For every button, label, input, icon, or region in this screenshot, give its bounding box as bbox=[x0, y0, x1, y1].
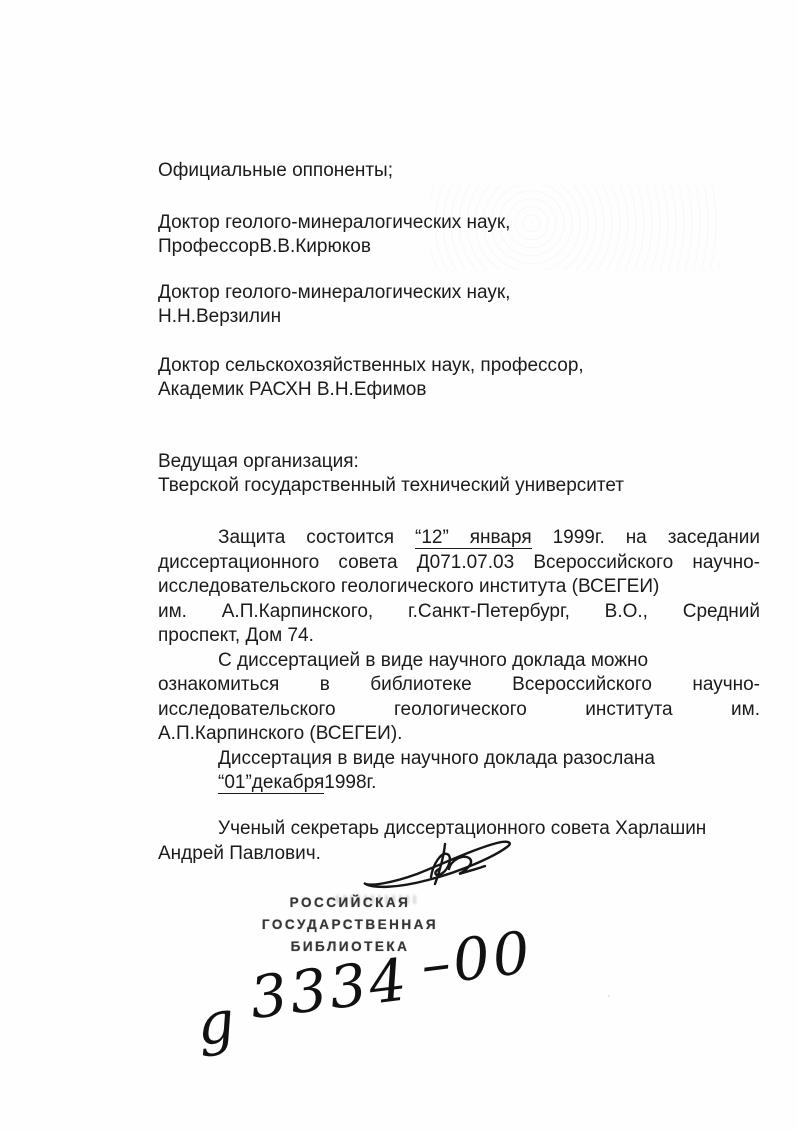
opponent-1-degree: Доктор геолого-минералогических наук, bbox=[158, 211, 760, 235]
opponent-1-name: ПрофессорВ.В.Кирюков bbox=[158, 235, 760, 259]
quote-close: ” bbox=[245, 772, 251, 793]
defense-date-underlined: “12” января bbox=[415, 527, 532, 549]
opponent-entry-2: Доктор геолого-минералогических наук, Н.… bbox=[158, 281, 760, 329]
leading-org-name: Тверской государственный технический уни… bbox=[158, 474, 760, 498]
signature-scribble-icon bbox=[356, 835, 516, 900]
opponent-3-degree: Доктор сельскохозяйственных наук, профес… bbox=[158, 354, 760, 378]
catalog-letter: g bbox=[193, 986, 241, 1058]
mailed-year: 1998г. bbox=[324, 772, 376, 793]
gap bbox=[449, 527, 470, 548]
document-page: Официальные оппоненты; Доктор геолого-ми… bbox=[0, 0, 798, 1132]
quote-close: ” bbox=[442, 527, 448, 548]
leading-org-label: Ведущая организация: bbox=[158, 450, 760, 474]
defense-line-4: им. А.П.Карпинского, г.Санкт-Петербург, … bbox=[158, 600, 760, 625]
mailed-line-2: “01”декабря1998г. bbox=[158, 771, 760, 796]
defense-info-paragraph: Защита состоится “12” января 1999г. на з… bbox=[158, 526, 760, 796]
mailed-day: 01 bbox=[224, 772, 245, 793]
opponent-entry-1: Доктор геолого-минералогических наук, Пр… bbox=[158, 211, 760, 259]
catalog-suffix: –00 bbox=[417, 918, 536, 999]
opponent-3-name: Академик РАСХН В.Н.Ефимов bbox=[158, 378, 760, 402]
defense-day: 12 bbox=[421, 527, 442, 548]
library-line-2: ознакомиться в библиотеке Всероссийского… bbox=[158, 673, 760, 698]
opponent-2-degree: Доктор геолого-минералогических наук, bbox=[158, 281, 760, 305]
library-line-1: С диссертацией в виде научного доклада м… bbox=[158, 649, 760, 674]
stamp-line-1: РОССИЙСКАЯ bbox=[240, 892, 460, 914]
defense-line-2: диссертационного совета Д071.07.03 Всеро… bbox=[158, 551, 760, 576]
defense-month: января bbox=[470, 527, 532, 548]
defense-l1-pre: Защита состоится bbox=[218, 527, 415, 548]
defense-l1-post: 1999г. на заседании bbox=[532, 527, 760, 548]
defense-line-1: Защита состоится “12” января 1999г. на з… bbox=[158, 526, 760, 551]
catalog-digits: 3334 bbox=[246, 945, 413, 1032]
leading-organization: Ведущая организация: Тверской государств… bbox=[158, 450, 760, 498]
mailed-month-underlined: декабря bbox=[252, 772, 324, 794]
defense-line-3: исследовательского геологического инстит… bbox=[158, 575, 760, 600]
library-line-3: исследовательского геологического инстит… bbox=[158, 698, 760, 723]
mailed-day-underlined: “01” bbox=[218, 772, 252, 794]
opponents-heading: Официальные оппоненты; bbox=[158, 159, 760, 183]
opponent-entry-3: Доктор сельскохозяйственных наук, профес… bbox=[158, 354, 760, 402]
library-line-4: А.П.Карпинского (ВСЕГЕИ). bbox=[158, 722, 760, 747]
mailed-line-1: Диссертация в виде научного доклада разо… bbox=[158, 747, 760, 772]
opponent-2-name: Н.Н.Верзилин bbox=[158, 305, 760, 329]
defense-line-5: проспект, Дом 74. bbox=[158, 624, 760, 649]
